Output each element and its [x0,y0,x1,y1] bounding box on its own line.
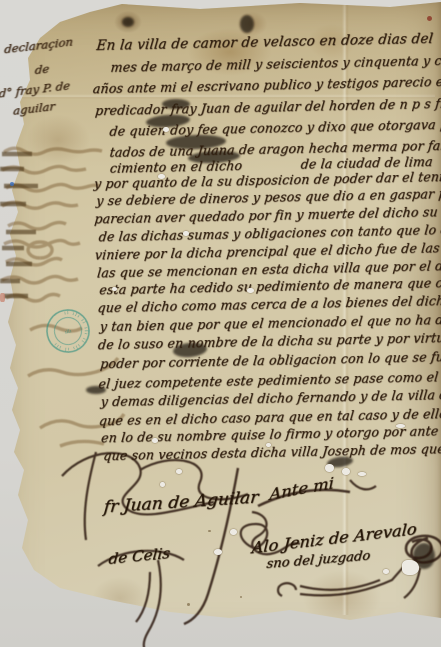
ink-hole [342,468,350,475]
ink-hole [247,288,254,293]
manuscript-line: años ante mi el escrivano publico y test… [92,73,441,96]
margin-note: d° fray P. de [0,78,70,100]
ink-hole [158,174,165,179]
ink-hole [266,443,271,447]
paper-speck [187,603,190,606]
pinhole-mark [427,16,432,21]
blue-fiber-mark [10,182,14,186]
signature-left-rubric: de Celis [108,544,171,568]
signature-fr-juan-de-aguilar: fr Juan de Aguilar [103,488,259,518]
scanned-photo-background: ıl ılı ıl ılı ıl ılı ıl ılı ıllı declara… [0,0,441,647]
manuscript-line: En la villa de camor de velasco en doze … [96,31,434,54]
ink-hole [112,287,117,291]
signature-ante-mi: Ante mi [269,473,334,503]
margin-note: de [34,61,49,77]
margin-note: aguilar [13,99,56,118]
ink-hole [325,464,334,472]
margin-note: declaraçion [4,34,74,56]
paper-tear-hole [402,560,419,575]
manuscript-line: predicador fray Juan de aguilar del hord… [94,95,441,118]
ink-hole [214,549,222,555]
paper-speck [208,530,211,532]
ink-hole [183,231,189,236]
ink-hole [358,472,366,476]
ink-hole [163,127,169,132]
manuscript-line: de quien doy fee que conozco y dixo que … [109,117,441,139]
ink-hole [176,469,182,474]
pink-edge-mark [0,293,5,302]
ink-hole [152,438,158,443]
paper-speck [240,596,242,598]
ink-hole [383,569,389,574]
ink-hole [230,529,237,535]
ink-hole [160,482,165,487]
ink-hole [396,424,405,428]
manuscript-line: mes de março de mill y seiscientos y cin… [110,52,441,75]
